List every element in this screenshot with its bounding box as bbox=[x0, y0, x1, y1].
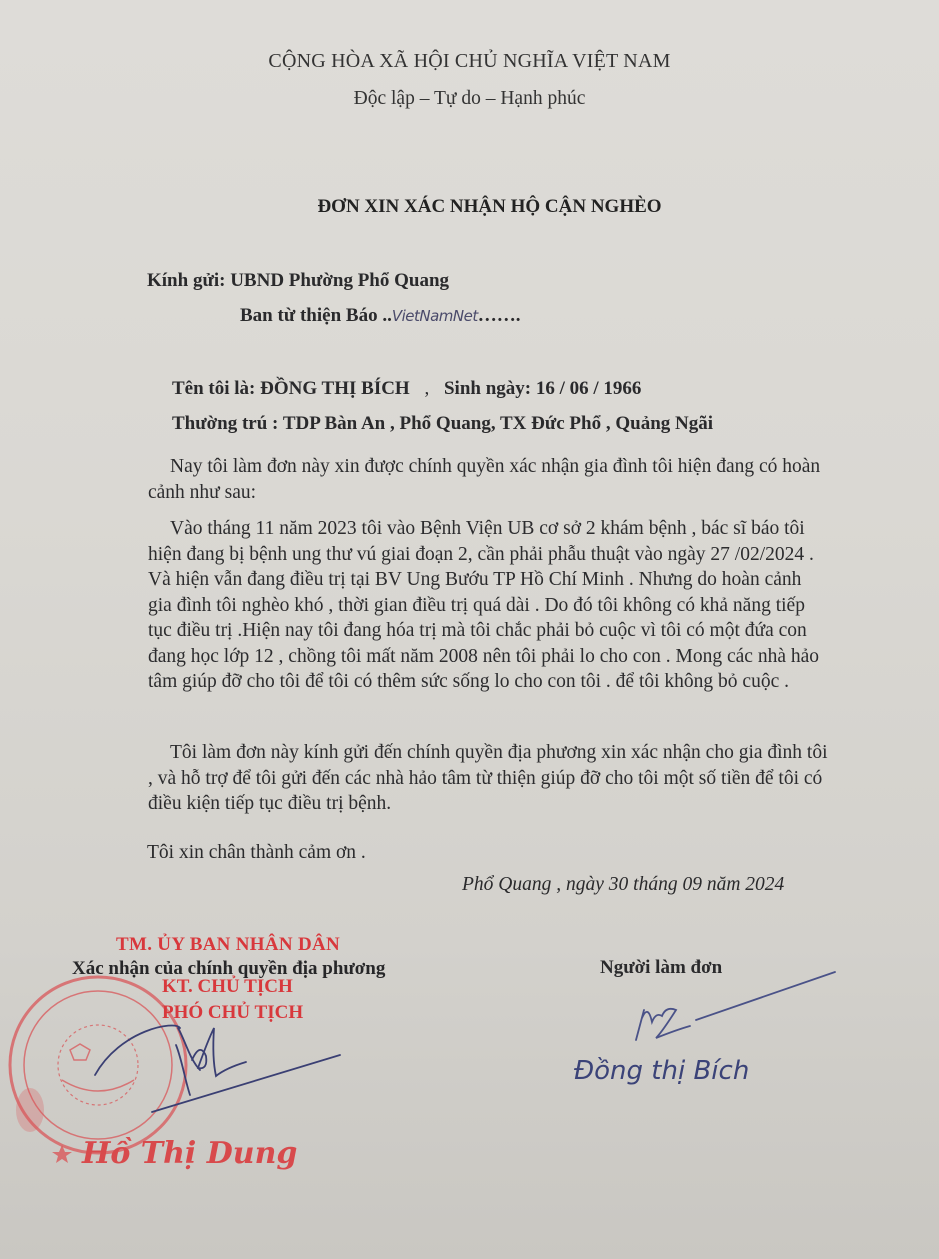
official-name-stamp: Hồ Thị Dung bbox=[82, 1136, 297, 1171]
stamp-vice-chairman: PHÓ CHỦ TỊCH bbox=[162, 1002, 303, 1024]
official-seal-icon bbox=[0, 0, 939, 1259]
stamp-authority-title: TM. ỦY BAN NHÂN DÂN bbox=[116, 934, 340, 956]
document-page: CỘNG HÒA XÃ HỘI CHỦ NGHĨA VIỆT NAM Độc l… bbox=[0, 0, 939, 1259]
applicant-signature-label: Người làm đơn bbox=[600, 957, 722, 979]
applicant-handwritten-name: Đồng thị Bích bbox=[574, 1056, 749, 1086]
stamp-on-behalf-of-chairman: KT. CHỦ TỊCH bbox=[162, 976, 293, 998]
